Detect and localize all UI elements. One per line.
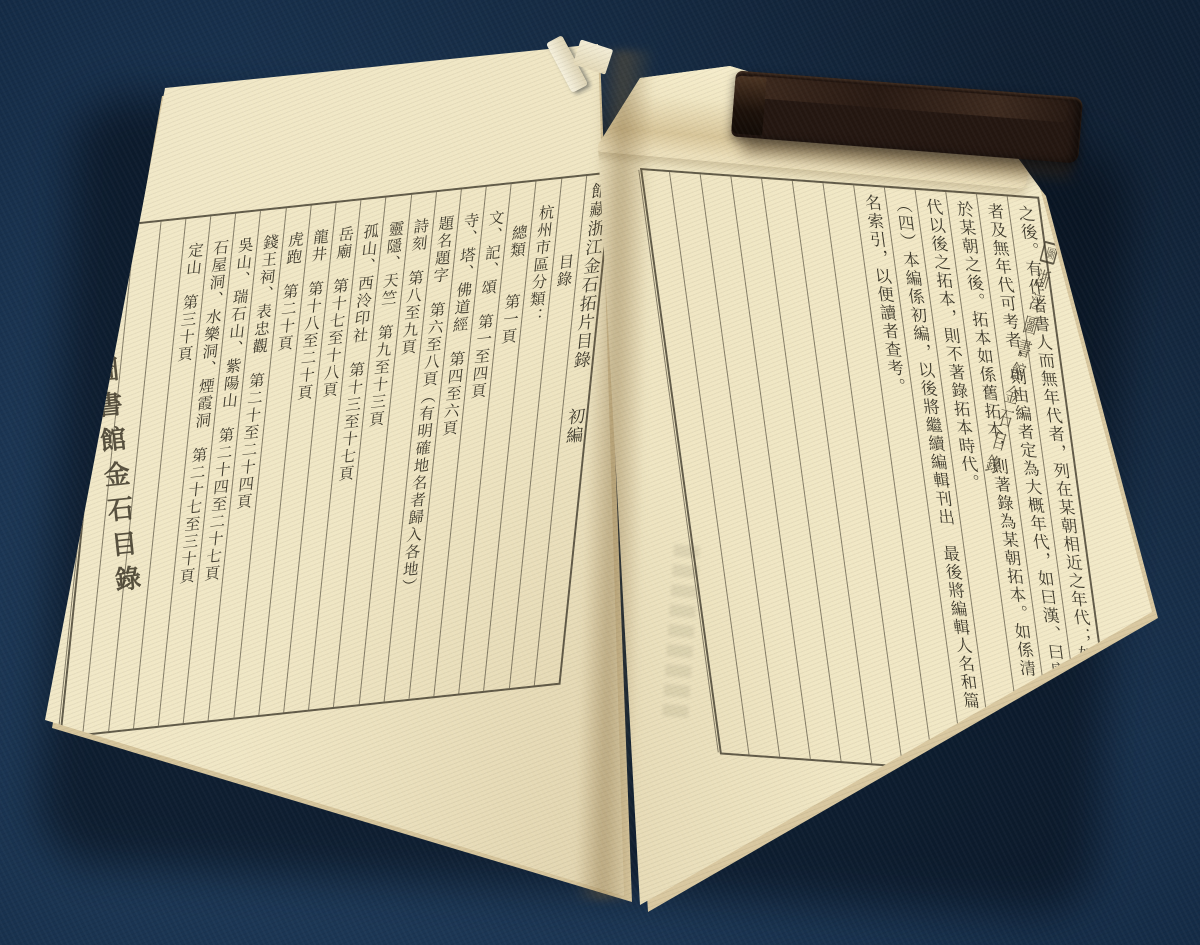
book-photo-scene: 圖 浙江圖書館金石目錄 館藏浙江金石拓片目錄 初編 目錄 杭州市區分類： 總類 … [0, 0, 1200, 945]
left-page-text-frame: 館藏浙江金石拓片目錄 初編 目錄 杭州市區分類： 總類 第一頁 文、記、頌 第一… [59, 171, 613, 738]
